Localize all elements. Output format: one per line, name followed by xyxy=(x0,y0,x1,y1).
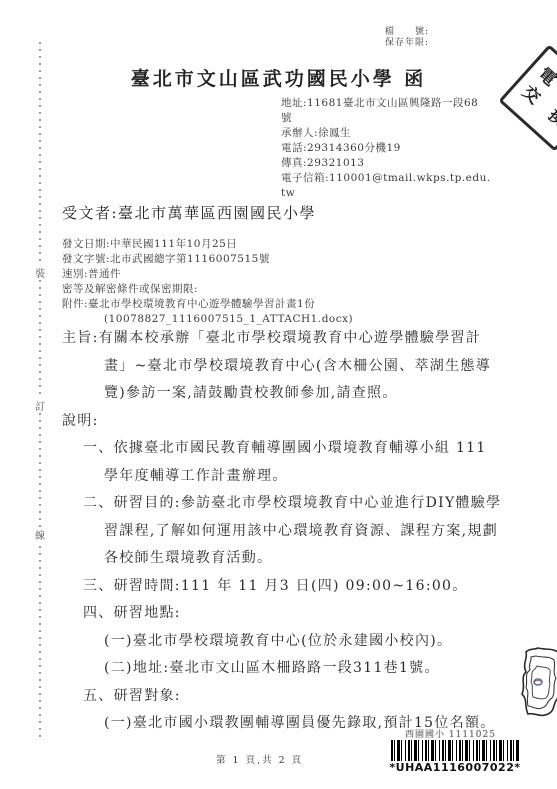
contact-line: 電子信箱:110001@tmail.wkps.tp.edu. xyxy=(281,171,513,186)
speed-class: 速別:普通件 xyxy=(62,267,353,282)
binding-char-zhuang: 裝 xyxy=(33,265,47,280)
barcode xyxy=(391,740,519,761)
contact-line: 地址:11681臺北市文山區興隆路一段68 xyxy=(281,96,513,111)
explanation-item-5: 五、研習對象: xyxy=(83,683,503,711)
binding-char-ding: 訂 xyxy=(33,398,47,413)
contact-line: 號 xyxy=(281,111,513,126)
item-4-sub-1: (一)臺北市學校環境教育中心(位於永建國小校內)。 xyxy=(104,628,503,656)
document-meta-block: 發文日期:中華民國111年10月25日 發文字號:北市武國總字第11160075… xyxy=(62,237,353,327)
contact-line: 傳真:29321013 xyxy=(281,156,513,171)
official-letter-page: 檔 號: 保存年限: 電 子 交 換 臺北市文山區武功國民小學 函 地址:116… xyxy=(0,0,557,789)
explanation-item-3: 三、研習時間:111 年 11 月3 日(四) 09:00~16:00。 xyxy=(83,573,503,601)
contact-line: tw xyxy=(281,186,513,201)
recipient-line: 受文者:臺北市萬華區西園國民小學 xyxy=(62,202,316,223)
retention-period-label: 保存年限: xyxy=(385,38,429,49)
letter-body: 主旨:有關本校承辦「臺北市學校環境教育中心遊學體驗學習計畫」~臺北市學校環境教育… xyxy=(62,325,503,738)
attachment-line: 附件:臺北市學校環境教育中心遊學體驗學習計畫1份 xyxy=(62,297,353,312)
doc-number: 發文字號:北市武國總字第1116007515號 xyxy=(62,252,353,267)
sender-contact-block: 地址:11681臺北市文山區興隆路一段68號承辦人:徐鳳生電話:29314360… xyxy=(281,96,513,201)
explanation-item-1: 一、依據臺北市國民教育輔導團國小環境教育輔導小組 111 學年度輔導工作計畫辦理… xyxy=(83,435,503,490)
document-title: 臺北市文山區武功國民小學 函 xyxy=(0,64,557,91)
receive-registration-stamp: 西園國小 1111025 xyxy=(405,727,496,740)
binding-dotted-line xyxy=(39,42,41,742)
subject-paragraph: 主旨:有關本校承辦「臺北市學校環境教育中心遊學體驗學習計畫」~臺北市學校環境教育… xyxy=(62,325,503,408)
security-class: 密等及解密條件或保密期限: xyxy=(62,282,353,297)
crumpled-seal-icon xyxy=(518,646,557,724)
issue-date: 發文日期:中華民國111年10月25日 xyxy=(62,237,353,252)
explanation-item-2: 二、研習目的:參訪臺北市學校環境教育中心並進行DIY體驗學習課程,了解如何運用該… xyxy=(83,490,503,573)
page-number: 第 1 頁,共 2 頁 xyxy=(216,752,303,766)
file-number-label: 檔 號: xyxy=(385,27,429,38)
item-4-sub-2: (二)地址:臺北市文山區木柵路路一段311巷1號。 xyxy=(104,655,503,683)
binding-char-xian: 線 xyxy=(33,527,47,542)
barcode-text: *UHAA1116007022* xyxy=(383,761,527,774)
contact-line: 承辦人:徐鳳生 xyxy=(281,126,513,141)
archive-labels: 檔 號: 保存年限: xyxy=(385,27,429,49)
explanation-label: 說明: xyxy=(62,408,503,436)
contact-line: 電話:29314360分機19 xyxy=(281,141,513,156)
explanation-item-4: 四、研習地點: xyxy=(83,600,503,628)
